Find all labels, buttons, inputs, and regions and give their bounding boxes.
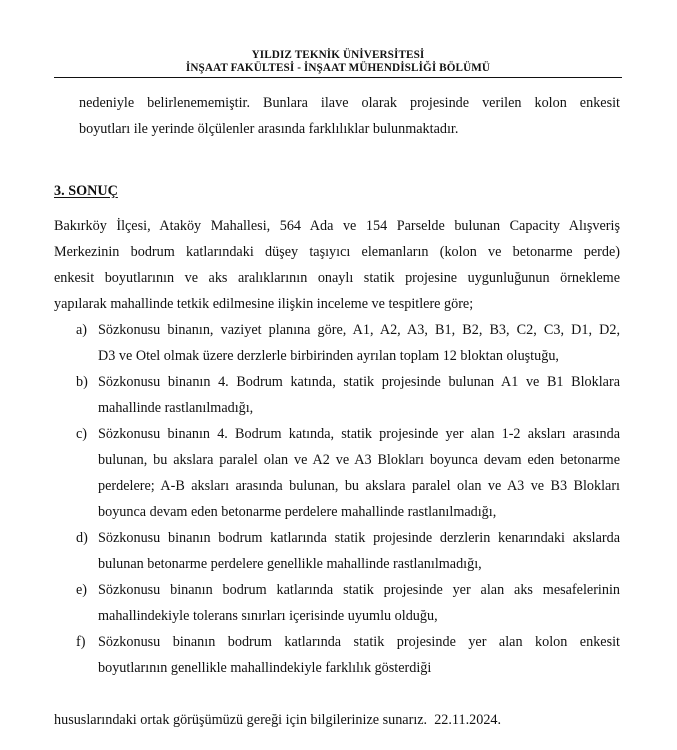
paragraph-line: boyutları ile yerinde ölçülenler arasınd… <box>79 116 620 142</box>
list-item: b) Sözkonusu binanın 4. Bodrum katında, … <box>54 369 620 421</box>
list-item-line: boyutlarının genellikle mahallindekiyle … <box>98 655 620 681</box>
paragraph-line: nedeniyle belirlenememiştir. Bunlara ila… <box>79 90 620 116</box>
list-item: c) Sözkonusu binanın 4. Bodrum katında, … <box>54 421 620 525</box>
list-item-line: D3 ve Otel olmak üzere derzlerle birbiri… <box>98 343 620 369</box>
findings-list: a) Sözkonusu binanın, vaziyet planına gö… <box>54 317 620 681</box>
document-header: YILDIZ TEKNİK ÜNİVERSİTESİ İNŞAAT FAKÜLT… <box>54 49 622 75</box>
list-marker: f) <box>76 629 85 655</box>
list-item-line: Sözkonusu binanın bodrum katlarında stat… <box>98 629 620 655</box>
university-name: YILDIZ TEKNİK ÜNİVERSİTESİ <box>54 49 622 62</box>
list-item-line: Sözkonusu binanın, vaziyet planına göre,… <box>98 317 620 343</box>
list-marker: c) <box>76 421 87 447</box>
list-marker: b) <box>76 369 88 395</box>
paragraph-line: Bakırköy İlçesi, Ataköy Mahallesi, 564 A… <box>54 213 620 239</box>
list-marker: e) <box>76 577 87 603</box>
paragraph-line: Merkezinin bodrum katlarındaki düşey taş… <box>54 239 620 265</box>
list-item-line: Sözkonusu binanın bodrum katlarında stat… <box>98 525 620 551</box>
list-item-line: boyunca devam eden betonarme perdelere m… <box>98 499 620 525</box>
intro-paragraph: Bakırköy İlçesi, Ataköy Mahallesi, 564 A… <box>54 213 620 317</box>
list-item-line: bulunan betonarme perdelere genellikle m… <box>98 551 620 577</box>
list-item-line: bulunan, bu akslara paralel olan ve A2 v… <box>98 447 620 473</box>
list-item-line: Sözkonusu binanın bodrum katlarında stat… <box>98 577 620 603</box>
list-item: a) Sözkonusu binanın, vaziyet planına gö… <box>54 317 620 369</box>
list-item: d) Sözkonusu binanın bodrum katlarında s… <box>54 525 620 577</box>
list-item-line: mahallindekiyle tolerans sınırları içeri… <box>98 603 620 629</box>
continuation-paragraph: nedeniyle belirlenememiştir. Bunlara ila… <box>79 90 620 142</box>
list-item-line: Sözkonusu binanın 4. Bodrum katında, sta… <box>98 369 620 395</box>
list-item-line: perdelere; A-B aksları arasında bulunan,… <box>98 473 620 499</box>
closing-statement: hususlarındaki ortak görüşümüzü gereği i… <box>54 707 501 733</box>
list-item: e) Sözkonusu binanın bodrum katlarında s… <box>54 577 620 629</box>
list-marker: a) <box>76 317 87 343</box>
list-item-line: Sözkonusu binanın 4. Bodrum katında, sta… <box>98 421 620 447</box>
list-item: f) Sözkonusu binanın bodrum katlarında s… <box>54 629 620 681</box>
paragraph-line: yapılarak mahallinde tetkik edilmesine i… <box>54 291 620 317</box>
list-marker: d) <box>76 525 88 551</box>
paragraph-line: enkesit boyutlarının ve aks aralıklarını… <box>54 265 620 291</box>
list-item-line: mahallinde rastlanılmadığı, <box>98 395 620 421</box>
header-divider <box>54 77 622 78</box>
faculty-department: İNŞAAT FAKÜLTESİ - İNŞAAT MÜHENDİSLİĞİ B… <box>54 62 622 75</box>
section-title: 3. SONUÇ <box>54 183 118 200</box>
